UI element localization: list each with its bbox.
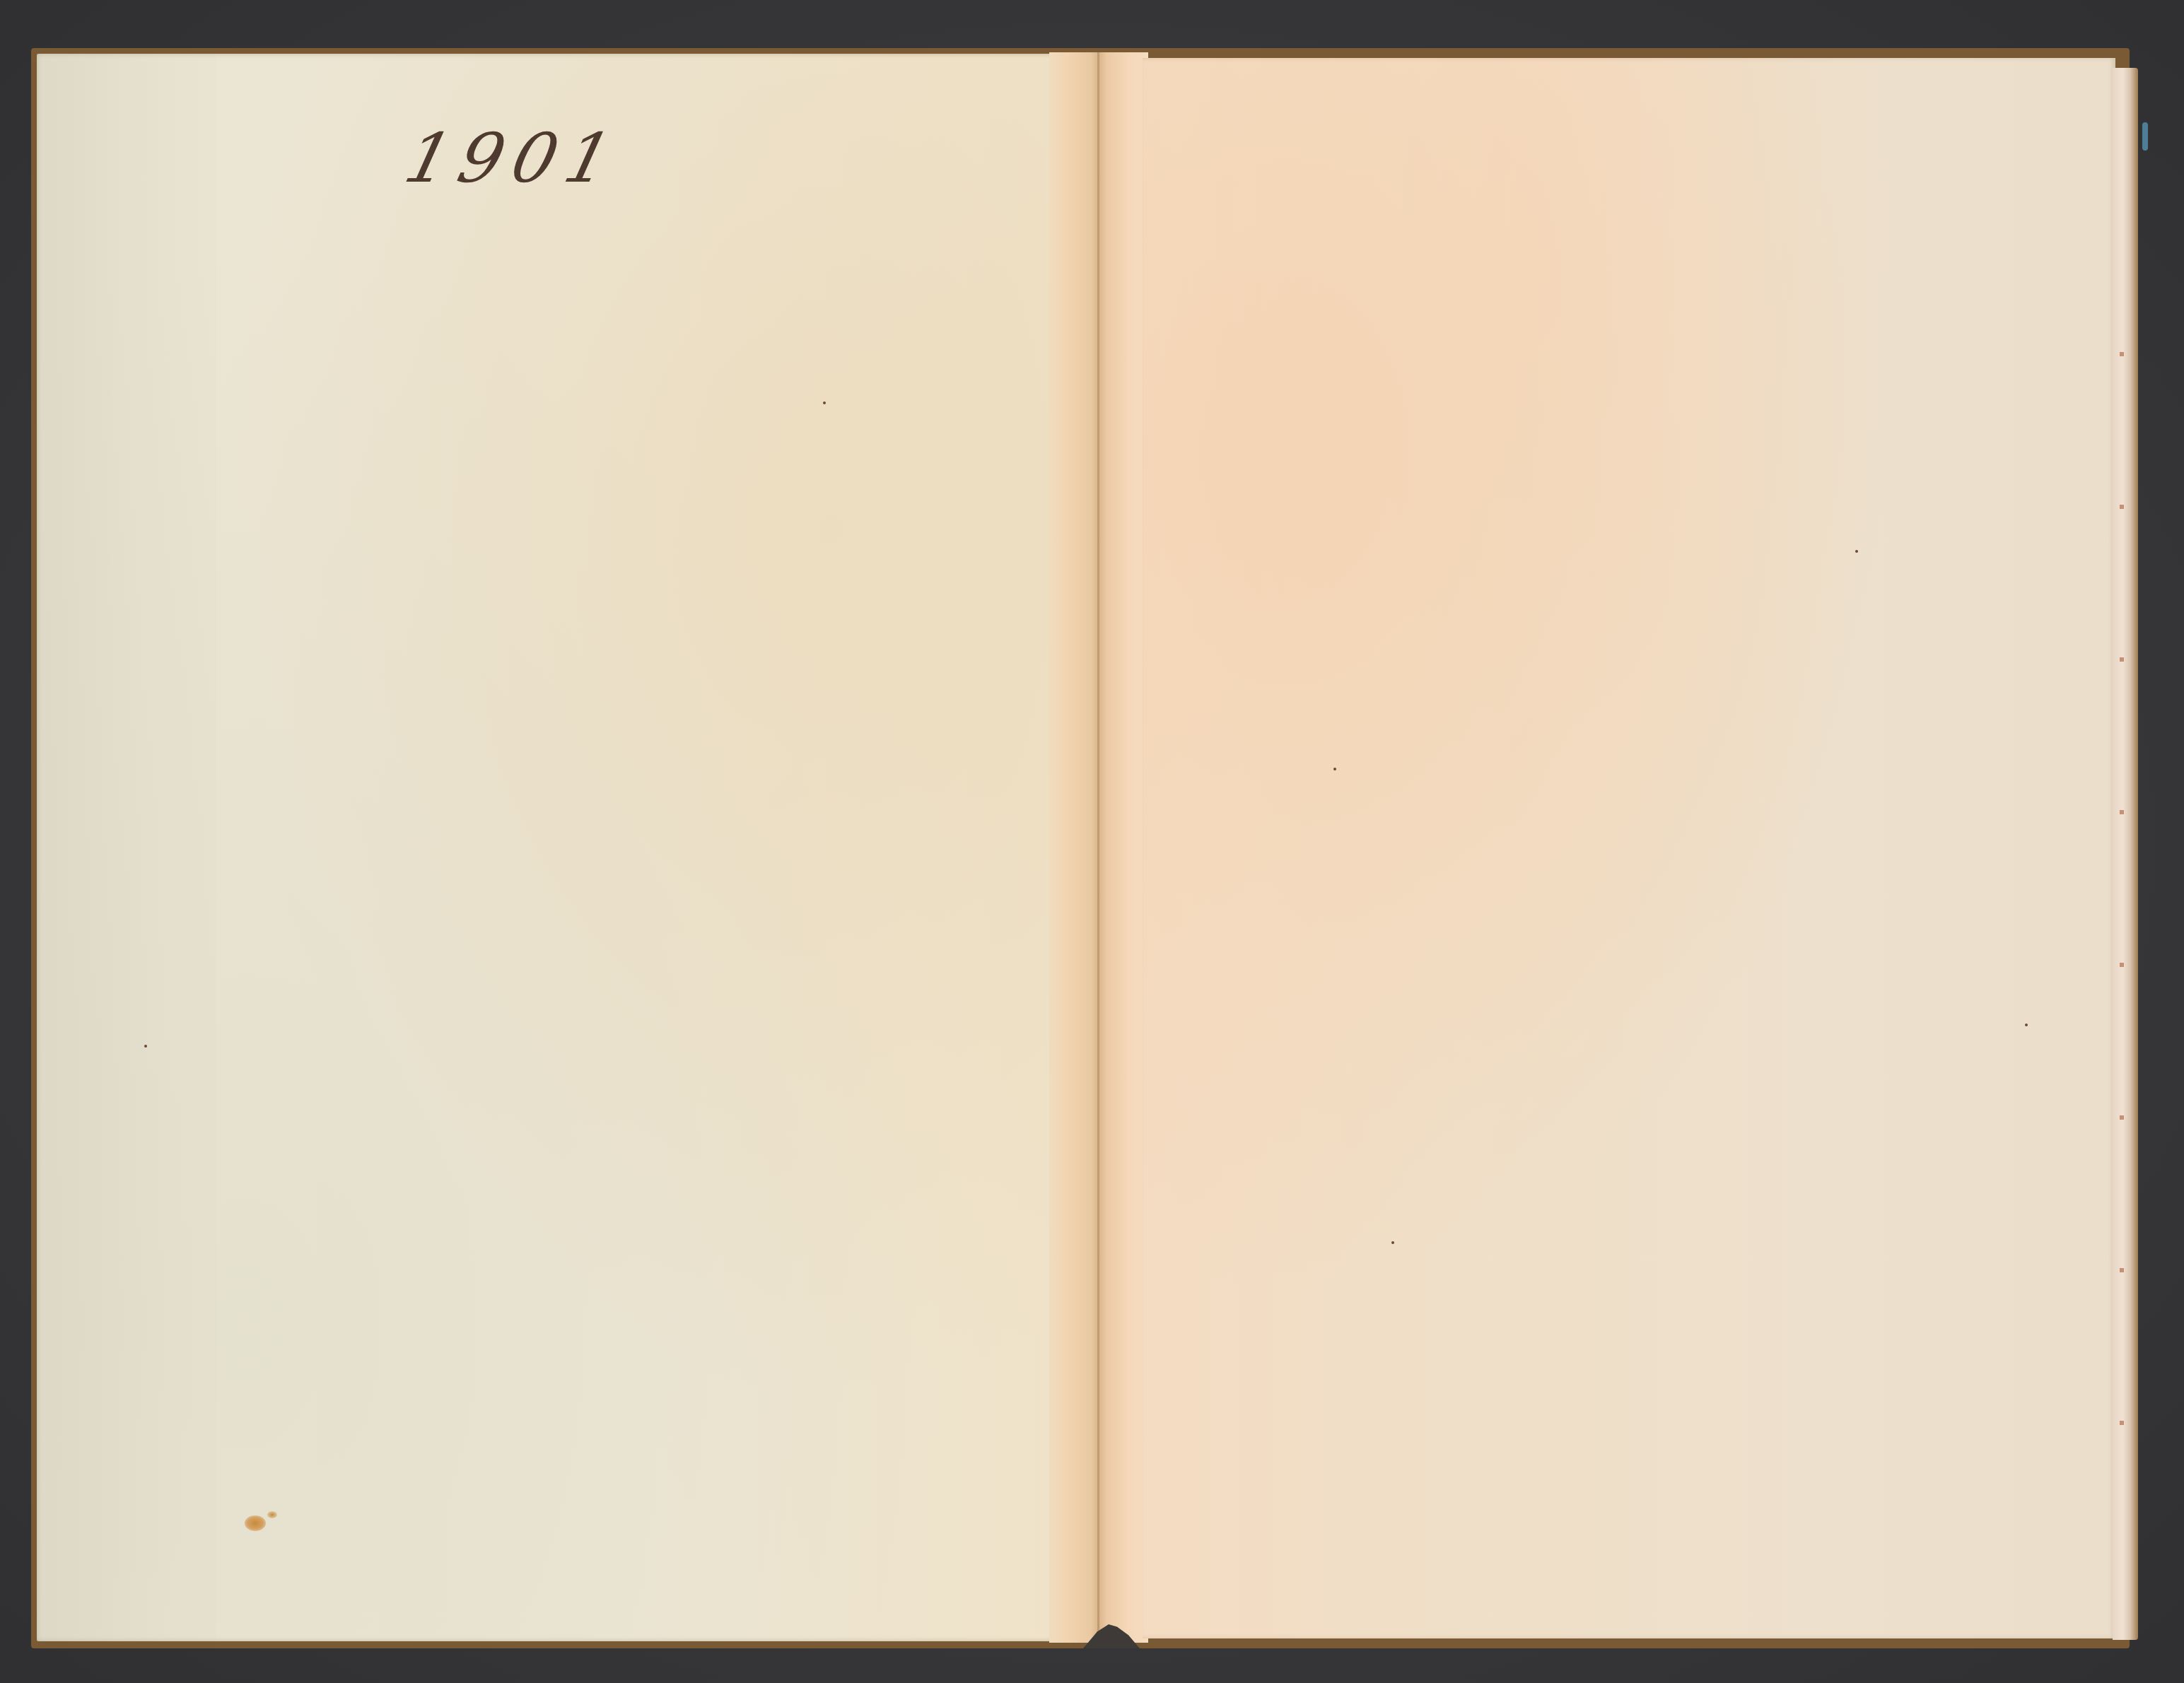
flyleaf-page	[1143, 58, 2115, 1638]
paper-speck	[1391, 1241, 1394, 1244]
open-book: 1901	[31, 48, 2130, 1648]
gutter-fold-line	[1097, 52, 1099, 1643]
paper-speck	[1333, 768, 1336, 770]
paper-speck	[823, 401, 826, 404]
inside-front-cover-page	[37, 54, 1078, 1641]
paper-speck	[1855, 550, 1858, 553]
paper-speck	[144, 1045, 147, 1048]
foxing-stain-small	[267, 1511, 277, 1518]
paper-speck	[2025, 1024, 2028, 1026]
handwritten-year: 1901	[399, 124, 628, 192]
scan-background: 1901	[0, 0, 2184, 1683]
blue-ink-mark	[2142, 122, 2148, 151]
fore-edge-foxing	[2120, 204, 2124, 1476]
fore-edge-page-stack	[2113, 68, 2138, 1640]
foxing-stain	[245, 1515, 266, 1531]
